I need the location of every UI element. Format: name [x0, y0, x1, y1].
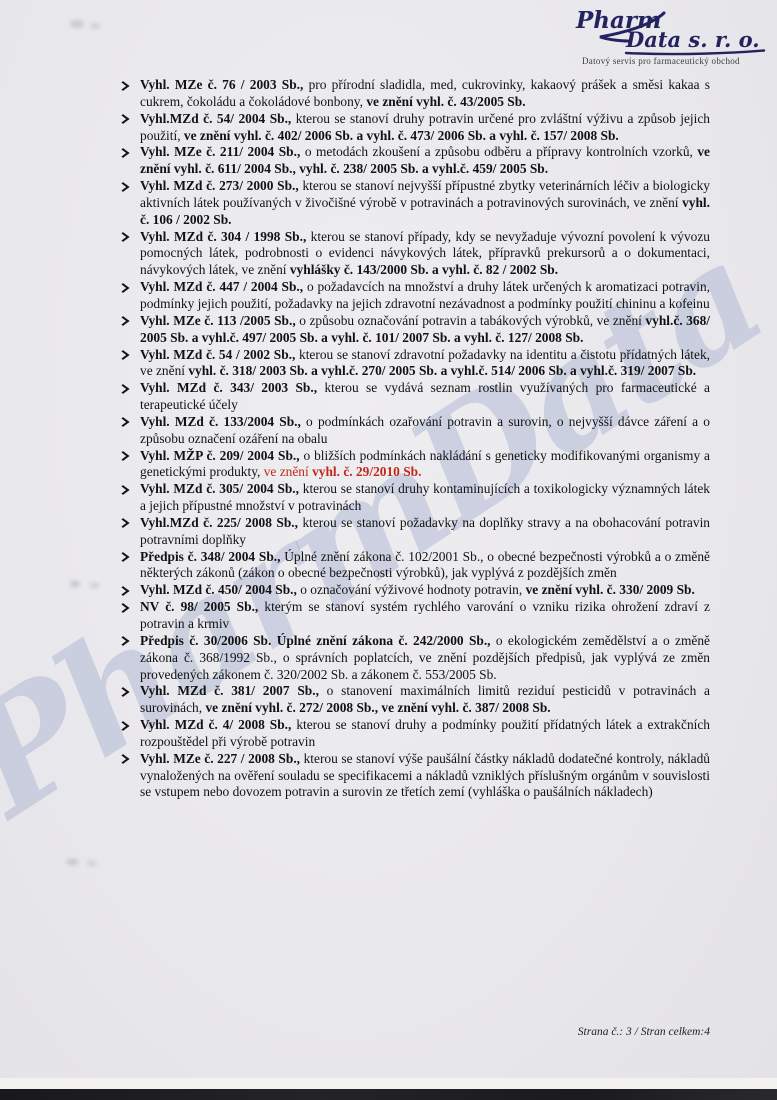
- arrow-bullet-icon: [119, 182, 131, 194]
- list-item: Vyhl. MZe č. 227 / 2008 Sb., kterou se s…: [118, 751, 710, 802]
- regulation-list: Vyhl. MZe č. 76 / 2003 Sb., pro přírodní…: [118, 77, 710, 801]
- list-item-text: Vyhl. MZe č. 227 / 2008 Sb., kterou se s…: [140, 751, 710, 800]
- list-item-text: Vyhl. MZd č. 305/ 2004 Sb., kterou se st…: [140, 481, 710, 513]
- list-item: Vyhl. MZd č. 4/ 2008 Sb., kterou se stan…: [118, 717, 710, 751]
- scanned-document-page: PharmData s.r.o. Pharm Data s. r. o. Dat…: [0, 0, 777, 1100]
- list-item: Vyhl.MZd č. 225/ 2008 Sb., kterou se sta…: [118, 515, 710, 549]
- list-item: Vyhl.MZd č. 54/ 2004 Sb., kterou se stan…: [118, 111, 710, 145]
- list-item: Vyhl. MŽP č. 209/ 2004 Sb., o bližších p…: [118, 448, 710, 482]
- logo-subtitle: Datový servis pro farmaceutický obchod: [582, 56, 740, 66]
- list-item: Vyhl. MZe č. 113 /2005 Sb., o způsobu oz…: [118, 313, 710, 347]
- arrow-bullet-icon: [119, 687, 131, 699]
- list-item: Vyhl. MZd č. 305/ 2004 Sb., kterou se st…: [118, 481, 710, 515]
- list-item-text: Vyhl. MZd č. 54 / 2002 Sb., kterou se st…: [140, 347, 710, 379]
- logo-word-data-sro: Data s. r. o.: [625, 27, 760, 52]
- arrow-bullet-icon: [119, 721, 131, 733]
- list-item: Předpis č. 30/2006 Sb. Úplné znění zákon…: [118, 633, 710, 684]
- list-item: Vyhl. MZd č. 133/2004 Sb., o podmínkách …: [118, 414, 710, 448]
- arrow-bullet-icon: [119, 417, 131, 429]
- scan-smudge: [87, 861, 96, 866]
- arrow-bullet-icon: [119, 603, 131, 615]
- arrow-bullet-icon: [119, 485, 131, 497]
- list-item-text: Vyhl. MZd č. 450/ 2004 Sb., o označování…: [140, 582, 695, 597]
- list-item-text: Vyhl. MZd č. 381/ 2007 Sb., o stanovení …: [140, 683, 710, 715]
- list-item: Vyhl. MZe č. 211/ 2004 Sb., o metodách z…: [118, 144, 710, 178]
- scan-smudge: [90, 583, 99, 588]
- arrow-bullet-icon: [119, 316, 131, 328]
- list-item-text: NV č. 98/ 2005 Sb., kterým se stanoví sy…: [140, 599, 710, 631]
- scan-smudge: [70, 581, 80, 587]
- list-item: Vyhl. MZd č. 273/ 2000 Sb., kterou se st…: [118, 178, 710, 229]
- list-item-text: Vyhl. MZd č. 447 / 2004 Sb., o požadavcí…: [140, 279, 710, 311]
- arrow-bullet-icon: [119, 350, 131, 362]
- list-item-text: Vyhl.MZd č. 225/ 2008 Sb., kterou se sta…: [140, 515, 710, 547]
- list-item-text: Vyhl. MZe č. 76 / 2003 Sb., pro přírodní…: [140, 77, 710, 109]
- arrow-bullet-icon: [119, 586, 131, 598]
- scan-smudge: [66, 859, 79, 865]
- scan-smudge: [90, 23, 100, 29]
- list-item-text: Vyhl. MZd č. 273/ 2000 Sb., kterou se st…: [140, 178, 710, 227]
- arrow-bullet-icon: [119, 148, 131, 160]
- list-item: Předpis č. 348/ 2004 Sb., Úplné znění zá…: [118, 549, 710, 583]
- list-item: Vyhl. MZd č. 304 / 1998 Sb., kterou se s…: [118, 229, 710, 280]
- arrow-bullet-icon: [119, 518, 131, 530]
- list-item-text: Vyhl. MZd č. 133/2004 Sb., o podmínkách …: [140, 414, 710, 446]
- list-item: Vyhl. MZd č. 343/ 2003 Sb., kterou se vy…: [118, 380, 710, 414]
- scanner-bed-edge: [0, 1089, 777, 1100]
- scan-smudge: [70, 20, 84, 28]
- list-item: Vyhl. MZd č. 450/ 2004 Sb., o označování…: [118, 582, 710, 599]
- pharmdata-logo-graphic: Pharm Data s. r. o.: [570, 6, 768, 58]
- list-item: Vyhl. MZd č. 54 / 2002 Sb., kterou se st…: [118, 347, 710, 381]
- list-item-text: Vyhl. MZe č. 113 /2005 Sb., o způsobu oz…: [140, 313, 710, 345]
- footer-page-info: Strana č.: 3 / Stran celkem:4: [578, 1026, 710, 1038]
- list-item: Vyhl. MZe č. 76 / 2003 Sb., pro přírodní…: [118, 77, 710, 111]
- list-item-text: Předpis č. 30/2006 Sb. Úplné znění zákon…: [140, 633, 710, 682]
- arrow-bullet-icon: [119, 114, 131, 126]
- list-item-text: Vyhl. MZd č. 343/ 2003 Sb., kterou se vy…: [140, 380, 710, 412]
- arrow-bullet-icon: [119, 451, 131, 463]
- list-item: Vyhl. MZd č. 381/ 2007 Sb., o stanovení …: [118, 683, 710, 717]
- arrow-bullet-icon: [119, 384, 131, 396]
- arrow-bullet-icon: [119, 283, 131, 295]
- list-item-text: Předpis č. 348/ 2004 Sb., Úplné znění zá…: [140, 549, 710, 581]
- list-item: NV č. 98/ 2005 Sb., kterým se stanoví sy…: [118, 599, 710, 633]
- arrow-bullet-icon: [119, 232, 131, 244]
- list-item-text: Vyhl.MZd č. 54/ 2004 Sb., kterou se stan…: [140, 111, 710, 143]
- list-item-text: Vyhl. MZe č. 211/ 2004 Sb., o metodách z…: [140, 144, 710, 176]
- pharmdata-logo: Pharm Data s. r. o.: [570, 6, 768, 63]
- list-item-text: Vyhl. MŽP č. 209/ 2004 Sb., o bližších p…: [140, 448, 710, 480]
- arrow-bullet-icon: [119, 552, 131, 564]
- list-item-text: Vyhl. MZd č. 304 / 1998 Sb., kterou se s…: [140, 229, 710, 278]
- arrow-bullet-icon: [119, 754, 131, 766]
- arrow-bullet-icon: [119, 636, 131, 648]
- arrow-bullet-icon: [119, 81, 131, 93]
- list-item: Vyhl. MZd č. 447 / 2004 Sb., o požadavcí…: [118, 279, 710, 313]
- list-item-text: Vyhl. MZd č. 4/ 2008 Sb., kterou se stan…: [140, 717, 710, 749]
